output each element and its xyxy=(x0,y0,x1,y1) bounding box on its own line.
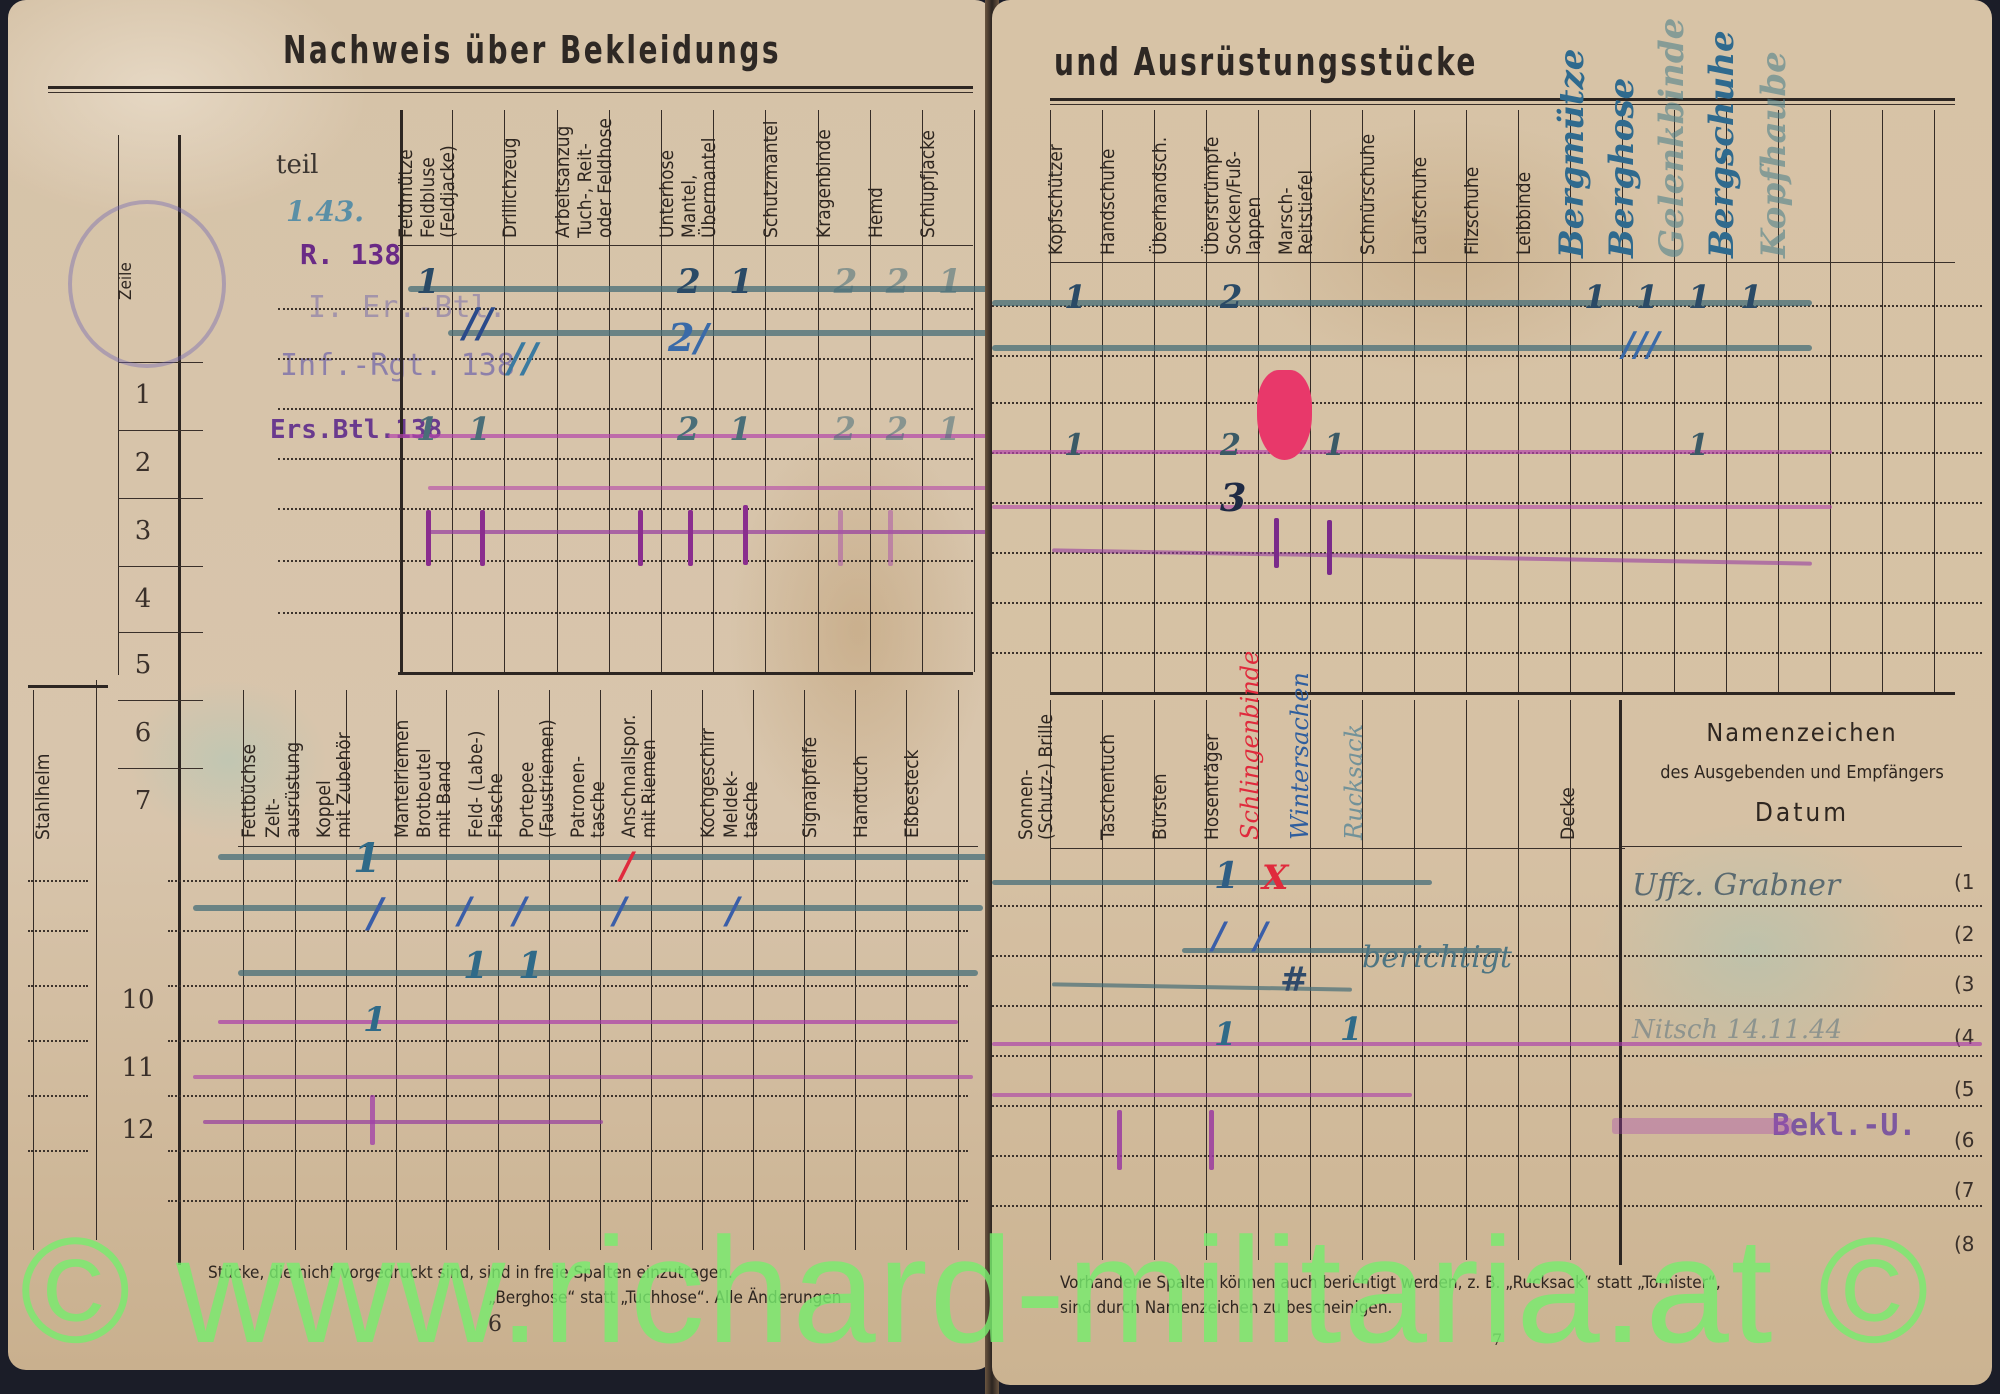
handwritten-column-label: Rucksack xyxy=(1344,724,1364,840)
column-divider xyxy=(1570,700,1571,1260)
stahlhelm-border xyxy=(96,680,97,1240)
stamp-regiment: R. 138 xyxy=(300,238,401,271)
dotted-row xyxy=(28,880,88,882)
column-divider xyxy=(1518,700,1519,1260)
pencil-line xyxy=(992,1093,1412,1097)
column-header-label: Leibbinde xyxy=(1514,172,1534,255)
upper-header-rule xyxy=(398,245,973,246)
entry-strike: // xyxy=(463,300,492,347)
entry-quantity: 1 xyxy=(1688,278,1710,316)
signature-header-subtitle: des Ausgebenden und Empfängers xyxy=(1622,762,1982,783)
row-number: 6 xyxy=(113,718,173,748)
red-ink-blot xyxy=(1257,370,1312,460)
row-marker: (3 xyxy=(1954,972,1975,996)
partial-header: teil xyxy=(276,150,318,180)
tick-mark xyxy=(838,510,843,566)
dotted-row xyxy=(28,930,88,932)
entry-cross: # xyxy=(1280,960,1309,1000)
tick-mark xyxy=(1117,1110,1122,1170)
column-divider xyxy=(1934,110,1935,692)
entry-quantity: 1 xyxy=(1064,428,1085,463)
column-header-label: Unterhose xyxy=(657,150,677,238)
signature-header-title: Namenzeichen xyxy=(1632,718,1972,747)
row-marker: (2 xyxy=(1954,922,1975,946)
right-page-title: und Ausrüstungsstücke xyxy=(1054,40,1478,84)
entry-strike: / xyxy=(1212,915,1225,957)
column-header-label: Schlupfjacke xyxy=(918,130,938,238)
column-header-label: Portepee (Faustriemen) xyxy=(517,719,557,838)
handwritten-column-label: Wintersachen xyxy=(1290,672,1310,840)
pencil-line xyxy=(193,1075,973,1079)
column-header-label: Mantel, Übermantel xyxy=(679,137,719,238)
title-rule xyxy=(1050,98,1955,101)
entry-quantity: 2 xyxy=(886,410,908,448)
pencil-smear xyxy=(1612,1118,1792,1134)
entry-quantity: 2 xyxy=(886,262,910,302)
column-divider xyxy=(1882,110,1883,692)
signature-divider xyxy=(1619,700,1622,1265)
row-divider xyxy=(118,700,203,701)
entry-one: 1 xyxy=(1214,855,1239,897)
column-header-label: Überstrümpfe xyxy=(1202,137,1222,255)
column-header-label: Schnürschuhe xyxy=(1358,134,1378,255)
entry-quantity: 1 xyxy=(416,410,438,448)
pencil-line xyxy=(203,1120,603,1124)
dotted-row xyxy=(278,358,973,360)
row-divider xyxy=(118,430,203,431)
column-header-label: Brotbeutel mit Band xyxy=(414,748,454,838)
entry-quantity: 1 xyxy=(938,410,960,448)
column-header-label: Socken/Fuß- lappen xyxy=(1224,151,1264,255)
dotted-row xyxy=(278,612,973,614)
strike-line xyxy=(238,970,978,976)
column-header-label: Überhandsch. xyxy=(1150,137,1170,255)
strike-line xyxy=(193,905,983,911)
pencil-line xyxy=(218,1020,958,1024)
dotted-row xyxy=(278,458,973,460)
column-divider xyxy=(1414,700,1415,1260)
tick-mark xyxy=(1209,1110,1214,1170)
column-header-label: Laufschuhe xyxy=(1410,157,1430,255)
dotted-row xyxy=(28,1095,88,1097)
entry-red-mark: X xyxy=(1262,858,1288,898)
dotted-row xyxy=(28,985,88,987)
column-header-label: Taschentuch xyxy=(1098,734,1118,840)
row-marker: (6 xyxy=(1954,1128,1975,1152)
column-header-label: Tuch-, Reit- oder Feldhose xyxy=(575,118,615,238)
upper-bottom-rule xyxy=(398,672,973,675)
handwritten-column-label: Bergschuhe xyxy=(1712,30,1732,258)
pencil-line xyxy=(428,486,988,490)
dotted-row xyxy=(28,1040,88,1042)
dotted-row xyxy=(992,905,1982,907)
entry-quantity: 2 xyxy=(677,410,699,448)
row-marker: (7 xyxy=(1954,1178,1975,1202)
title-rule-thin xyxy=(1050,104,1955,105)
entry-strike: 2/ xyxy=(668,315,708,360)
column-header-label: Meldek- tasche xyxy=(721,771,761,838)
column-header-label: Drillichzeug xyxy=(500,137,520,238)
entry-quantity: 1 xyxy=(1324,428,1345,463)
column-header-label: Marsch- Reitstiefel xyxy=(1276,170,1316,255)
entry-quantity: 1 xyxy=(1584,278,1606,316)
entry-quantity: 1 xyxy=(938,262,962,302)
row-marker: (5 xyxy=(1954,1077,1975,1101)
dotted-row xyxy=(992,1155,1982,1157)
column-divider xyxy=(1830,110,1831,692)
column-header-label: Kochgeschirr xyxy=(698,728,718,838)
column-header-label: Hosenträger xyxy=(1202,734,1222,840)
row-divider xyxy=(118,362,203,363)
dotted-row xyxy=(168,1040,968,1042)
entry-quantity: 2 xyxy=(677,262,701,302)
tick-mark xyxy=(888,510,893,566)
row-number: 7 xyxy=(113,786,173,816)
round-stamp xyxy=(68,200,226,368)
watermark: © www.richard-militaria.at © xyxy=(20,1215,1931,1365)
row-number: 10 xyxy=(108,985,168,1015)
entry-quantity: 1 xyxy=(1064,278,1086,316)
dotted-row xyxy=(992,602,1982,604)
dotted-row xyxy=(168,880,968,882)
note-berichtigt: berichtigt xyxy=(1362,940,1512,975)
entry-quantity: 2 xyxy=(1220,278,1242,316)
entry-quantity: 2 xyxy=(1220,428,1241,463)
stamp-bekl: Bekl.-U. xyxy=(1772,1108,1917,1143)
column-header-label: Zelt- ausrüstung xyxy=(263,742,303,838)
dotted-row xyxy=(168,930,968,932)
row-number: 12 xyxy=(108,1115,168,1145)
entry-koppel: 1 xyxy=(353,835,381,882)
tick-mark xyxy=(688,510,693,566)
strike-line xyxy=(992,880,1432,885)
tick-mark xyxy=(480,510,485,566)
entry-quantity: 3 xyxy=(1220,475,1246,520)
entry-one: 1 xyxy=(463,945,488,987)
row-divider xyxy=(118,632,203,633)
column-header-label: Signalpfeife xyxy=(800,737,820,838)
column-header-label: Kopfschützer xyxy=(1046,144,1066,255)
dotted-row xyxy=(28,1150,88,1152)
column-header-stahlhelm-label: Stahlhelm xyxy=(33,754,53,840)
dotted-row xyxy=(168,1095,968,1097)
column-divider xyxy=(974,110,975,672)
title-rule-thin xyxy=(48,92,973,93)
dotted-row xyxy=(278,560,973,562)
column-header-label: Handtuch xyxy=(851,755,871,838)
stamp-infantry-regiment: Inf.-Rgt. 138 xyxy=(280,348,515,383)
row-number: 5 xyxy=(113,650,173,680)
entry-one: 1 xyxy=(518,945,543,987)
row-number: 1 xyxy=(113,380,173,410)
upper-header-rule xyxy=(1050,262,1955,263)
dotted-row xyxy=(278,508,973,510)
tick-mark xyxy=(370,1095,375,1145)
tick-mark xyxy=(638,510,643,566)
entry-quantity: 2 xyxy=(834,262,858,302)
dotted-row xyxy=(278,308,973,310)
row-number: 3 xyxy=(113,516,173,546)
entry-one: 1 xyxy=(363,1000,387,1040)
entry-quantity: 1 xyxy=(1740,278,1762,316)
row-marker: (1 xyxy=(1954,870,1975,894)
row-number: 2 xyxy=(113,448,173,478)
left-page: Nachweis über Bekleidungs Zeile 12345671… xyxy=(8,0,993,1370)
handwritten-column-label: Gelenkbinde xyxy=(1662,18,1682,258)
dotted-row xyxy=(992,402,1982,404)
tick-mark xyxy=(743,505,748,565)
entry-strike: / xyxy=(458,890,471,932)
row-divider xyxy=(118,566,203,567)
dotted-row xyxy=(168,1200,968,1202)
lower-header-rule xyxy=(238,846,978,847)
entry-red-mark: / xyxy=(620,845,633,887)
entry-quantity: 1 xyxy=(416,262,440,302)
column-header-label: Feldbluse (Feldjacke) xyxy=(418,145,458,238)
column-header-label: Handschuhe xyxy=(1098,149,1118,255)
strike-line xyxy=(218,854,988,860)
signature-header-date: Datum xyxy=(1632,798,1972,828)
signature-header-rule xyxy=(1622,846,1962,847)
lower-left-rule xyxy=(28,685,108,688)
column-header-label: Kragenbinde xyxy=(814,129,834,238)
entry-quantity: 1 xyxy=(1688,428,1709,463)
column-header-label: Hemd xyxy=(866,187,886,238)
pencil-line xyxy=(1052,548,1812,565)
entry-strike: / xyxy=(368,890,383,937)
entry-one: 1 xyxy=(1340,1010,1362,1048)
row-number: 11 xyxy=(108,1053,168,1083)
entry-strike: // xyxy=(508,335,537,382)
dotted-row xyxy=(992,1055,1982,1057)
dotted-row xyxy=(992,1005,1982,1007)
title-rule xyxy=(48,86,973,89)
tick-mark xyxy=(1274,518,1279,568)
entry-strike: / xyxy=(613,890,626,932)
dotted-row xyxy=(992,355,1982,357)
tick-mark xyxy=(1327,520,1332,575)
column-header-label: Mantelriemen xyxy=(392,720,412,838)
column-header-label: Koppel mit Zubehör xyxy=(314,732,354,838)
signature-grabner: Uffz. Grabner xyxy=(1632,868,1840,903)
dotted-row xyxy=(168,985,968,987)
handwritten-column-label: Berghose xyxy=(1612,78,1632,258)
dotted-row xyxy=(992,1105,1982,1107)
dotted-row xyxy=(168,1150,968,1152)
entry-quantity: 2 xyxy=(834,410,856,448)
handwritten-column-label: Schlingenbinde xyxy=(1240,651,1260,840)
column-header-label: Feld- (Labe-) Flasche xyxy=(466,731,506,838)
entry-quantity: 1 xyxy=(729,410,751,448)
row-number: 4 xyxy=(113,584,173,614)
handwritten-column-label: Kopfhaube xyxy=(1764,51,1784,258)
entry-quantity: 1 xyxy=(468,410,490,448)
entry-strike: / xyxy=(513,890,526,932)
tick-mark xyxy=(426,510,431,566)
lower-header-rule xyxy=(1050,848,1625,849)
entry-strike: / xyxy=(1254,915,1267,957)
row-marker: (8 xyxy=(1954,1232,1975,1256)
column-divider xyxy=(1466,700,1467,1260)
row-divider xyxy=(118,768,203,769)
dotted-row xyxy=(992,502,1982,504)
entry-strike: /// xyxy=(1622,325,1659,365)
row-divider xyxy=(118,498,203,499)
column-header-label: Feldmütze xyxy=(396,149,416,238)
left-page-title: Nachweis über Bekleidungs xyxy=(283,28,781,72)
entry-one: 1 xyxy=(1214,1015,1236,1053)
stamp-date: 1.43. xyxy=(286,195,364,228)
entry-quantity: 1 xyxy=(729,262,753,302)
right-page: und Ausrüstungsstücke KopfschützerHandsc… xyxy=(992,0,1992,1385)
column-header-label: Bürsten xyxy=(1150,773,1170,840)
pencil-line xyxy=(428,530,988,534)
column-header-label: Sonnen- (Schutz-) Brille xyxy=(1016,714,1056,840)
strike-line xyxy=(992,345,1812,351)
column-header-label: Eßbesteck xyxy=(902,750,922,838)
dotted-row xyxy=(278,408,973,410)
dotted-row xyxy=(992,652,1982,654)
column-header-label: Schutzmantel xyxy=(761,120,781,238)
column-header-label: Anschnallspor. mit Riemen xyxy=(619,715,659,838)
column-header-decke-label: Decke xyxy=(1558,787,1578,840)
pencil-line xyxy=(992,505,1832,509)
column-header-label: Patronen- tasche xyxy=(568,756,608,838)
column-header-label: Arbeitsanzug xyxy=(553,126,573,238)
signature-date: Nitsch 14.11.44 xyxy=(1632,1015,1842,1045)
upper-bottom-rule xyxy=(1050,692,1955,695)
entry-strike: / xyxy=(726,890,739,932)
entry-quantity: 1 xyxy=(1636,278,1658,316)
handwritten-column-label: Bergmütze xyxy=(1562,49,1582,258)
column-header-label: Filzschuhe xyxy=(1462,167,1482,255)
column-header-label: Fettbüchse xyxy=(239,744,259,838)
